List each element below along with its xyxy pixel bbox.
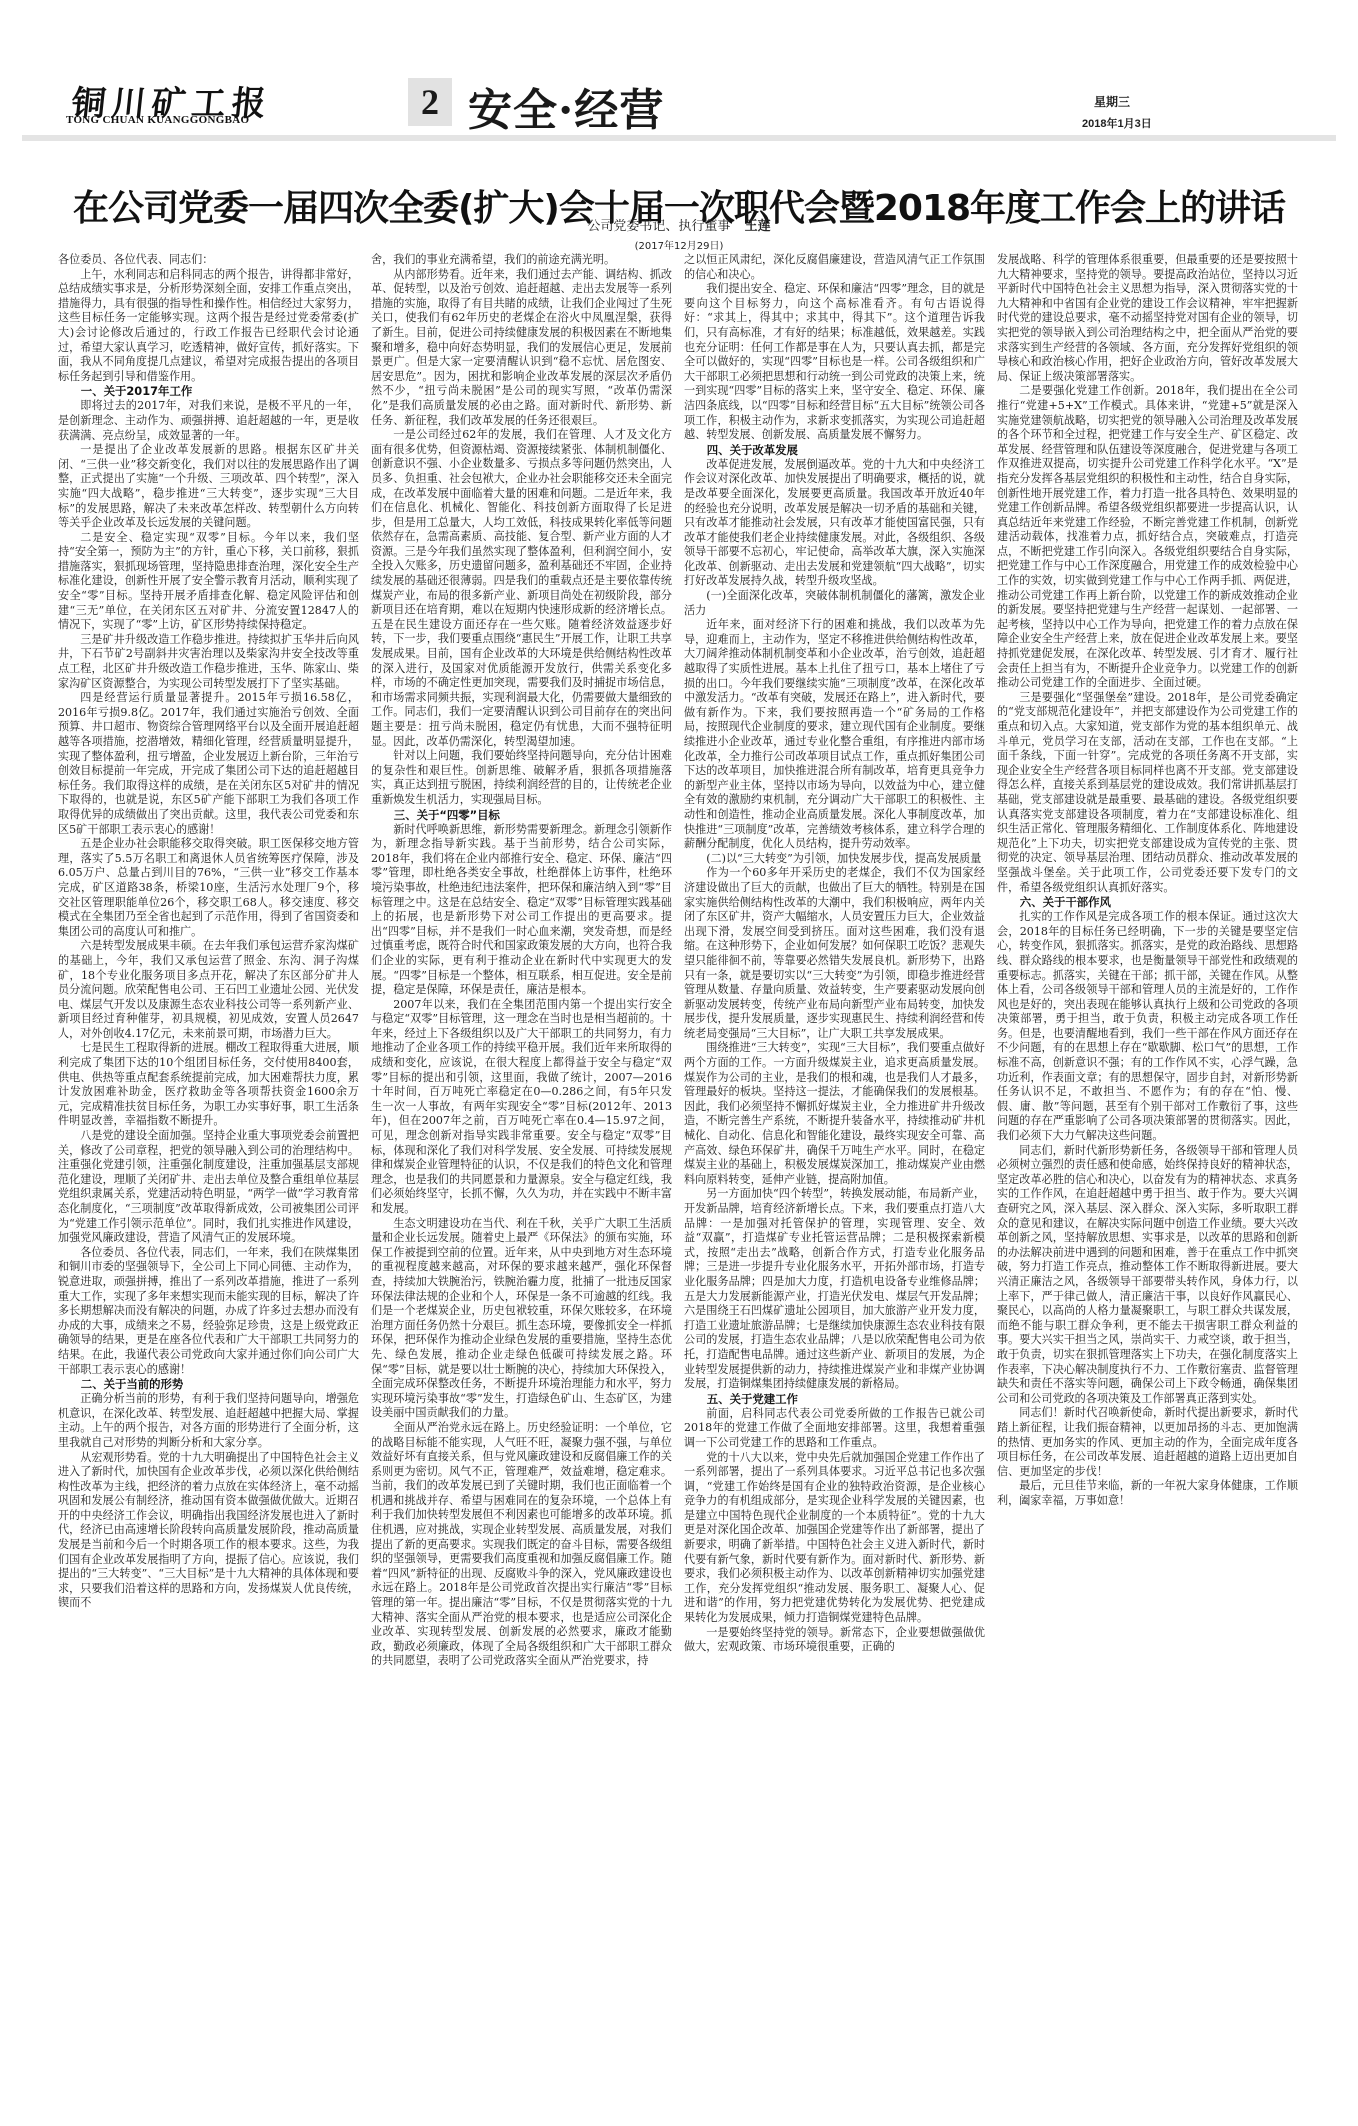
header-divider <box>22 135 1336 141</box>
section-heading: 六、关于干部作风 <box>997 895 1298 910</box>
paragraph: 前面，启科同志代表公司党委所做的工作报告已就公司2018年的党建工作做了全面地安… <box>684 1407 985 1451</box>
masthead: 铜川矿工报 TONG CHUAN KUANGGONGBAO 2 安全·经营 星期… <box>0 0 1358 130</box>
section-heading: 五、关于党建工作 <box>684 1392 985 1407</box>
paragraph: 二是要强化党建工作创新。2018年，我们提出在全公司推行“党建+5+X”工作模式… <box>997 384 1298 690</box>
paragraph: 四是经营运行质量显著提升。2015年亏损16.58亿，2016年亏损9.8亿。2… <box>58 691 359 837</box>
paragraph: 各位委员、各位代表，同志们，一年来，我们在陕煤集团和铜川市委的坚强领导下，全公司… <box>58 1246 359 1377</box>
section-heading: 三、关于“四零”目标 <box>371 808 672 823</box>
paragraph: 改革促进发展，发展倒逼改革。党的十九大和中央经济工作会议对深化改革、加快发展提出… <box>684 458 985 589</box>
section-heading: 一、关于2017年工作 <box>58 384 359 399</box>
paragraph: 作为一个60多年开采历史的老煤企，我们不仅为国家经济建设做出了巨大的贡献，也做出… <box>684 866 985 1041</box>
paragraph: 各位委员、各位代表、同志们： <box>58 253 359 268</box>
section-heading: 四、关于改革发展 <box>684 443 985 458</box>
newspaper-logo-english: TONG CHUAN KUANGGONGBAO <box>66 114 249 126</box>
weekday-label: 星期三 <box>1094 93 1130 110</box>
section-title: 安全·经营 <box>468 74 664 138</box>
paragraph: 从内部形势看。近年来，我们通过去产能、调结构、抓改革、促转型，以及治亏创效、追赶… <box>371 268 672 429</box>
article-column-1: 各位委员、各位代表、同志们：上午，水利同志和启科同志的两个报告，讲得都非常好，总… <box>58 253 359 2068</box>
paragraph: 近年来，面对经济下行的困难和挑战，我们以改革为先导，迎难而上，主动作为，坚定不移… <box>684 618 985 852</box>
paragraph: 五是企业办社会职能移交取得突破。职工医保移交地方管理，落实了5.5万名职工和离退… <box>58 837 359 939</box>
paragraph: 2007年以来，我们在全集团范围内第一个提出实行安全与稳定“双零”目标管理，这一… <box>371 998 672 1217</box>
paragraph: 扎实的工作作风是完成各项工作的根本保证。通过这次大会，2018年的目标任务已经明… <box>997 910 1298 1144</box>
article-column-4: 发展战略、科学的管理体系很重要，但最重要的还是要按照十九大精神要求，坚持党的领导… <box>997 253 1298 2068</box>
paragraph: 同志们！新时代召唤新使命，新时代提出新要求，新时代踏上新征程，让我们振奋精神，以… <box>997 1406 1298 1479</box>
paragraph: 即将过去的2017年，对我们来说，是极不平凡的一年，是创新理念、主动作为、顽强拼… <box>58 399 359 443</box>
paragraph: 我们提出安全、稳定、环保和廉洁“四零”理念，目的就是要向这个目标努力，向这个高标… <box>684 282 985 443</box>
paragraph: 最后，元旦佳节来临，新的一年祝大家身体健康，工作顺利，阖家幸福，万事如意！ <box>997 1479 1298 1508</box>
article-column-3: 之以恒正风肃纪，深化反腐倡廉建设，营造风清气正工作氛围的信心和决心。我们提出安全… <box>684 253 985 2068</box>
paragraph: 八是党的建设全面加强。坚持企业重大事项党委会前置把关，修改了公司章程，把党的领导… <box>58 1129 359 1246</box>
paragraph: 舍，我们的事业充满希望，我们的前途充满光明。 <box>371 253 672 268</box>
byline-author: 王莲 <box>745 219 771 234</box>
paragraph: 上午，水利同志和启科同志的两个报告，讲得都非常好，总结成绩实事求是，分析形势深刻… <box>58 268 359 385</box>
section-heading: 二、关于当前的形势 <box>58 1377 359 1392</box>
paragraph: 围绕推进“三大转变”，实现“三大目标”，我们要重点做好两个方面的工作。一方面升级… <box>684 1041 985 1187</box>
paragraph: 之以恒正风肃纪，深化反腐倡廉建设，营造风清气正工作氛围的信心和决心。 <box>684 253 985 282</box>
paragraph: 另一方面加快“四个转型”，转换发展动能，布局新产业，开发新品牌，培育经济新增长点… <box>684 1187 985 1391</box>
paragraph: 针对以上问题，我们要始终坚持问题导向，充分估计困难的复杂性和艰巨性。创新思维、破… <box>371 749 672 807</box>
paragraph: (一)全面深化改革，突破体制机制僵化的藩篱，激发企业活力 <box>684 589 985 618</box>
page-number-badge: 2 <box>408 78 452 126</box>
article-byline: 公司党委书记、执行董事 王莲 <box>0 215 1358 234</box>
paragraph: 新时代呼唤新思维，新形势需要新理念。新理念引领新作为，新理念指导新实践。基于当前… <box>371 823 672 998</box>
paragraph: 发展战略、科学的管理体系很重要，但最重要的还是要按照十九大精神要求，坚持党的领导… <box>997 253 1298 384</box>
paragraph: 一是要始终坚持党的领导。新常态下，企业要想做强做优做大，宏观政策、市场环境很重要… <box>684 1626 985 1655</box>
paragraph: 一是公司经过62年的发展，我们在管理、人才及文化方面有很多优势，但资源枯竭、资源… <box>371 428 672 749</box>
paragraph: (二)以“三大转变”为引领，加快发展步伐，提高发展质量 <box>684 852 985 867</box>
issue-date: 2018年1月3日 <box>1082 115 1152 131</box>
article-body: 各位委员、各位代表、同志们：上午，水利同志和启科同志的两个报告，讲得都非常好，总… <box>58 253 1300 2068</box>
paragraph: 三是要强化“坚强堡垒”建设。2018年，是公司党委确定的“党支部规范化建设年”，… <box>997 691 1298 895</box>
paragraph: 二是安全、稳定实现“双零”目标。今年以来，我们坚持“安全第一，预防为主”的方针，… <box>58 531 359 633</box>
paragraph: 全面从严治党永远在路上。历史经验证明：一个单位，它的战略目标能不能实现，人气旺不… <box>371 1421 672 1669</box>
paragraph: 党的十八大以来，党中央先后就加强国企党建工作作出了一系列部署，提出了一系列具体要… <box>684 1451 985 1626</box>
paragraph: 七是民生工程取得新的进展。棚改工程取得重大进展，顺利完成了集团下达的10个组团目… <box>58 1041 359 1129</box>
paragraph: 从宏观形势看。党的十九大明确提出了中国特色社会主义进入了新时代，加快国有企业改革… <box>58 1451 359 1612</box>
speech-date: (2017年12月29日) <box>0 237 1358 252</box>
paragraph: 生态文明建设功在当代、利在千秋，关乎广大职工生活质量和企业长远发展。随着史上最严… <box>371 1217 672 1421</box>
article-column-2: 舍，我们的事业充满希望，我们的前途充满光明。从内部形势看。近年来，我们通过去产能… <box>371 253 672 2068</box>
paragraph: 同志们，新时代新形势新任务，各级领导干部和管理人员必须树立强烈的责任感和使命感，… <box>997 1144 1298 1407</box>
paragraph: 正确分析当前的形势，有利于我们坚持问题导向，增强危机意识，在深化改革、转型发展、… <box>58 1392 359 1450</box>
paragraph: 三是矿井升级改造工作稳步推进。持续拟扩玉华井后向风井，下石节矿2号副斜井灾害治理… <box>58 633 359 691</box>
paragraph: 一是提出了企业改革发展新的思路。根据东区矿井关闭、“三供一业”移交新变化，我们对… <box>58 443 359 531</box>
byline-role: 公司党委书记、执行董事 <box>587 219 730 234</box>
paragraph: 六是转型发展成果丰硕。在去年我们承包运营乔家沟煤矿的基础上，今年，我们又承包运营… <box>58 939 359 1041</box>
